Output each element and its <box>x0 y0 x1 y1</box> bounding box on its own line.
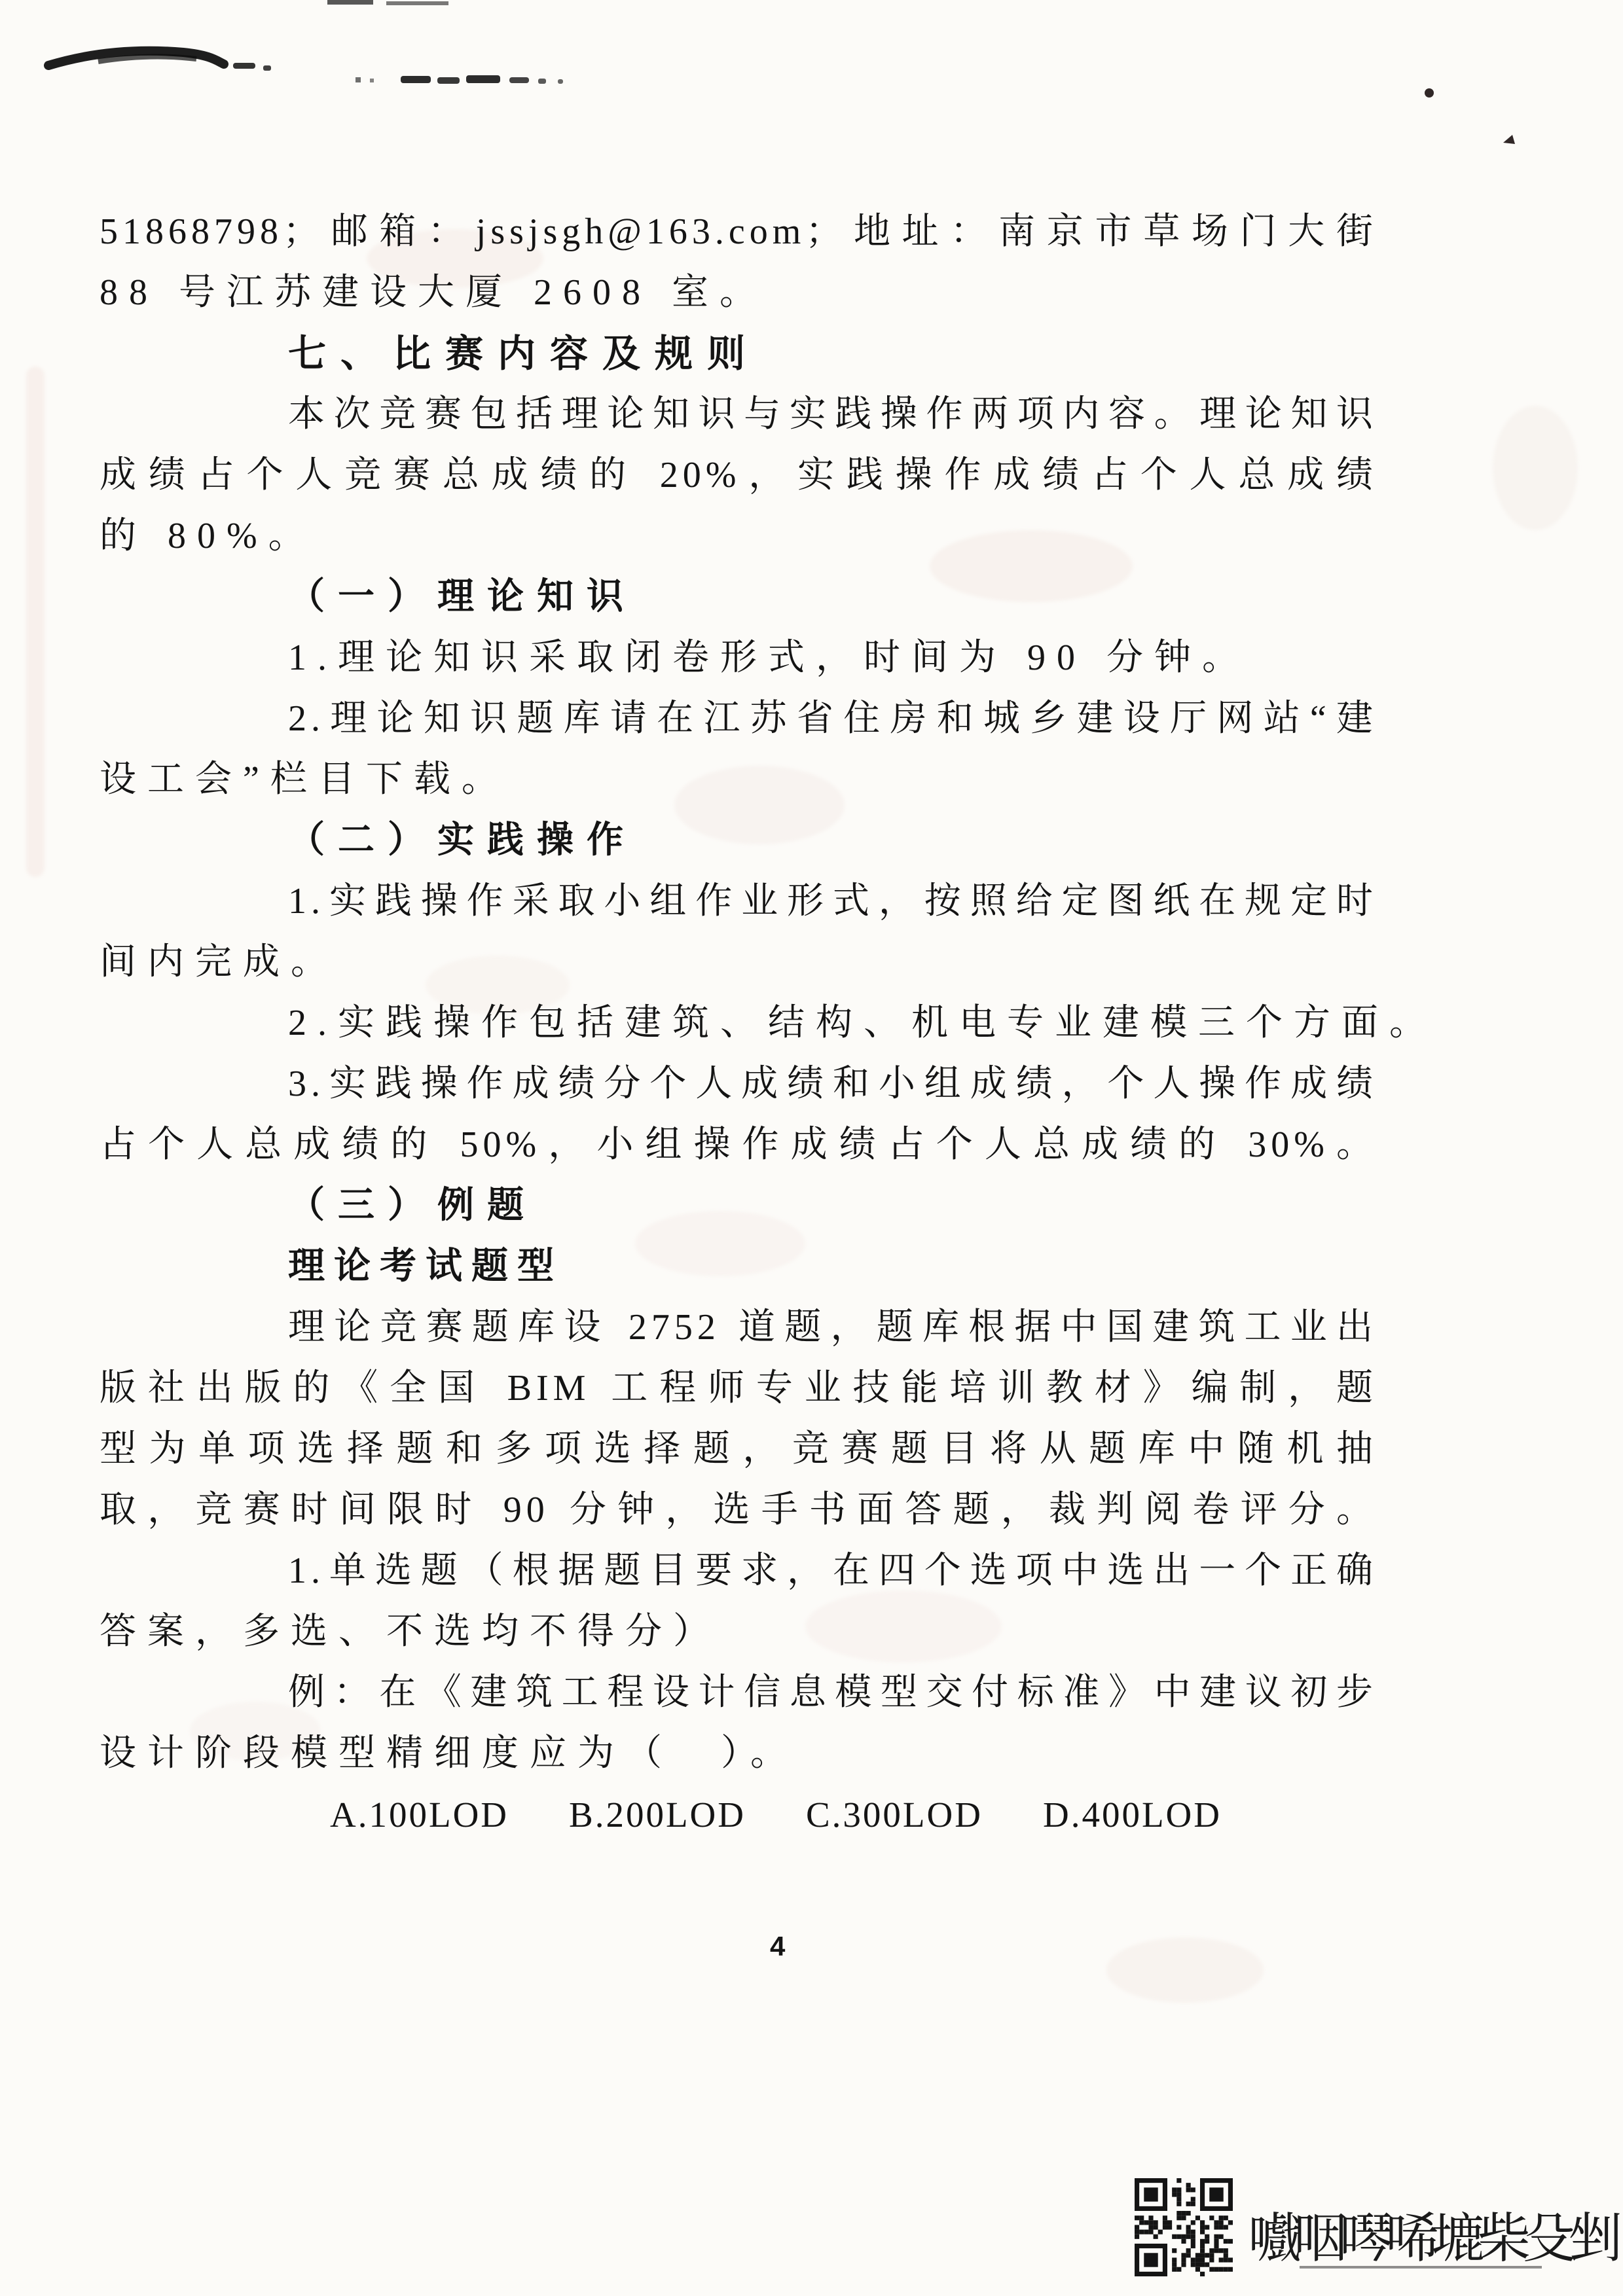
page-number: 4 <box>770 1931 785 1962</box>
text-line: 1.理论知识采取闭卷形式，时间为 90 分钟。 <box>100 628 1377 689</box>
text-line: 答案，多选、不选均不得分） <box>100 1602 1377 1662</box>
text-line: 成绩占个人竞赛总成绩的 20%，实践操作成绩占个人总成绩 <box>100 445 1377 506</box>
document-body: 51868798；邮箱：jssjsgh@163.com；地址：南京市草场门大街 … <box>100 202 1377 1845</box>
answer-options-row: A.100LOD B.200LOD C.300LOD D.400LOD <box>100 1784 1377 1845</box>
text-line: 51868798；邮箱：jssjsgh@163.com；地址：南京市草场门大街 <box>100 202 1377 262</box>
text-line: 理论竞赛题库设 2752 道题，题库根据中国建筑工业出 <box>100 1297 1377 1358</box>
text-line: 本次竞赛包括理论知识与实践操作两项内容。理论知识 <box>100 384 1377 445</box>
text-line: 型为单项选择题和多项选择题，竞赛题目将从题库中随机抽 <box>100 1419 1377 1480</box>
text-line: 取，竞赛时间限时 90 分钟，选手书面答题，裁判阅卷评分。 <box>100 1480 1377 1541</box>
watermark-text: 嚱咽噖唏塶柴殳剉 <box>1248 2207 1614 2271</box>
text-line: 88 号江苏建设大厦 2608 室。 <box>100 262 1377 323</box>
text-line: 3.实践操作成绩分个人成绩和小组成绩，个人操作成绩 <box>100 1054 1377 1115</box>
option-a: A.100LOD <box>330 1794 509 1835</box>
scan-stain <box>1493 406 1578 530</box>
scan-stain <box>1106 1937 1264 2003</box>
option-b: B.200LOD <box>569 1794 746 1835</box>
text-line: 1.单选题（根据题目要求，在四个选项中选出一个正确 <box>100 1541 1377 1602</box>
scan-stain <box>26 367 45 877</box>
qr-code <box>1135 2178 1233 2276</box>
text-line: 2.实践操作包括建筑、结构、机电专业建模三个方面。 <box>100 993 1377 1054</box>
text-line: 版社出版的《全国 BIM 工程师专业技能培训教材》编制，题 <box>100 1358 1377 1419</box>
text-line: 2.理论知识题库请在江苏省住房和城乡建设厅网站“建 <box>100 689 1377 749</box>
scanned-document-page: 51868798；邮箱：jssjsgh@163.com；地址：南京市草场门大街 … <box>0 0 1623 2296</box>
subsection-heading: （三）例题 <box>100 1175 1377 1236</box>
text-line: 设计阶段模型精细度应为（ ）。 <box>100 1723 1377 1784</box>
option-d: D.400LOD <box>1043 1794 1222 1835</box>
text-line: 设工会”栏目下载。 <box>100 749 1377 810</box>
text-line: 例：在《建筑工程设计信息模型交付标准》中建议初步 <box>100 1662 1377 1723</box>
subsection-heading: （二）实践操作 <box>100 810 1377 871</box>
section-heading: 七、比赛内容及规则 <box>100 323 1377 384</box>
option-c: C.300LOD <box>806 1794 983 1835</box>
subsection-heading: （一）理论知识 <box>100 567 1377 628</box>
text-line: 占个人总成绩的 50%，小组操作成绩占个人总成绩的 30%。 <box>100 1115 1377 1175</box>
text-line: 1.实践操作采取小组作业形式，按照给定图纸在规定时 <box>100 871 1377 932</box>
example-heading: 理论考试题型 <box>100 1236 1377 1297</box>
text-line: 的 80%。 <box>100 506 1377 567</box>
text-line: 间内完成。 <box>100 932 1377 993</box>
